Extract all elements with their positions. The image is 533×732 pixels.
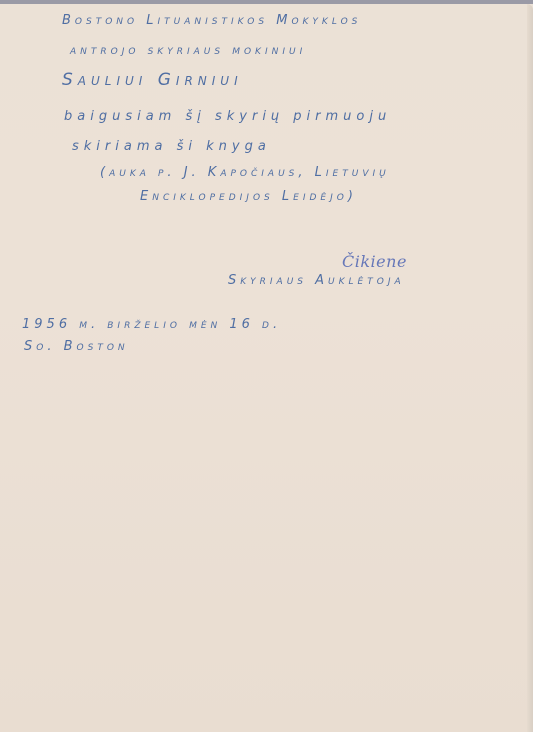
scanned-page: Bostono Lituanistikos Mokyklos antrojo s… [0, 0, 533, 732]
place: So. Boston [24, 340, 129, 353]
page-top-edge [0, 0, 533, 4]
dedication-line-2: antrojo skyriaus mokiniui [70, 44, 306, 57]
dedication-line-1: Bostono Lituanistikos Mokyklos [62, 14, 361, 27]
dedication-line-4: baigusiam šį skyrių pirmuoju [64, 110, 391, 123]
recipient-name: Sauliui Girniui [62, 72, 243, 89]
dedication-line-6: (auka p. J. Kapočiaus, Lietuvių [100, 166, 390, 179]
page-right-edge [527, 4, 533, 732]
signature-title: Skyriaus Auklėtoja [228, 274, 405, 287]
dedication-line-7: Enciklopedijos Leidėjo) [140, 190, 357, 203]
dedication-line-5: skiriama ši knyga [72, 140, 271, 153]
signature: Čikiene [342, 254, 407, 270]
date: 1956 m. birželio mėn 16 d. [22, 318, 281, 331]
